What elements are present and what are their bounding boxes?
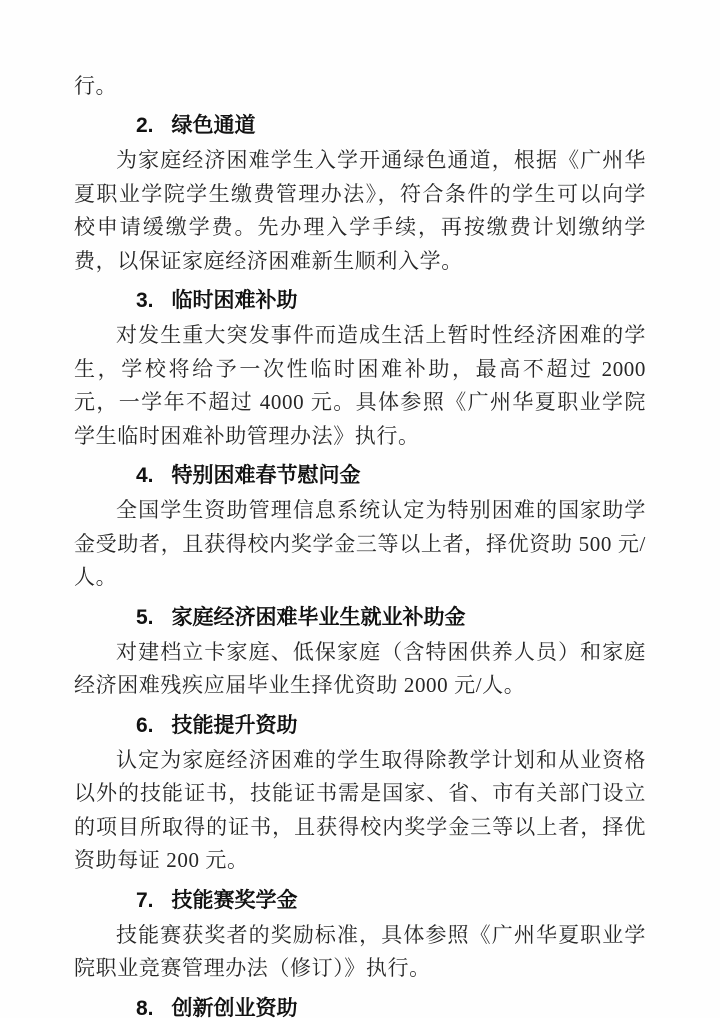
section-title: 绿色通道: [172, 114, 256, 137]
section-heading-innovation-entrepreneurship-grant: 8.创新创业资助: [74, 992, 646, 1018]
section-heading-green-channel: 2.绿色通道: [74, 109, 646, 142]
section-number: 2.: [136, 109, 154, 142]
section-paragraph: 为家庭经济困难学生入学开通绿色通道，根据《广州华夏职业学院学生缴费管理办法》，符…: [74, 144, 646, 278]
section-heading-skill-improvement-grant: 6.技能提升资助: [74, 709, 646, 742]
section-title: 特别困难春节慰问金: [172, 464, 361, 487]
section-heading-graduate-employment-subsidy: 5.家庭经济困难毕业生就业补助金: [74, 601, 646, 634]
section-paragraph: 技能赛获奖者的奖励标准，具体参照《广州华夏职业学院职业竞赛管理办法（修订）》执行…: [74, 919, 646, 986]
section-title: 技能赛奖学金: [172, 889, 298, 912]
section-paragraph: 认定为家庭经济困难的学生取得除教学计划和从业资格以外的技能证书，技能证书需是国家…: [74, 744, 646, 878]
section-title: 家庭经济困难毕业生就业补助金: [172, 606, 466, 629]
section-number: 4.: [136, 459, 154, 492]
document-page: 行。 2.绿色通道 为家庭经济困难学生入学开通绿色通道，根据《广州华夏职业学院学…: [0, 0, 720, 1018]
section-heading-spring-festival-grant: 4.特别困难春节慰问金: [74, 459, 646, 492]
section-paragraph: 对发生重大突发事件而造成生活上暂时性经济困难的学生，学校将给予一次性临时困难补助…: [74, 319, 646, 453]
section-heading-temporary-subsidy: 3.临时困难补助: [74, 284, 646, 317]
section-title: 技能提升资助: [172, 714, 298, 737]
section-number: 3.: [136, 284, 154, 317]
section-paragraph: 对建档立卡家庭、低保家庭（含特困供养人员）和家庭经济困难残疾应届毕业生择优资助 …: [74, 636, 646, 703]
paragraph-continuation: 行。: [74, 70, 646, 103]
section-number: 7.: [136, 884, 154, 917]
section-heading-skill-competition-scholarship: 7.技能赛奖学金: [74, 884, 646, 917]
section-title: 创新创业资助: [172, 997, 298, 1018]
section-paragraph: 全国学生资助管理信息系统认定为特别困难的国家助学金受助者，且获得校内奖学金三等以…: [74, 494, 646, 595]
section-number: 8.: [136, 992, 154, 1018]
section-number: 5.: [136, 601, 154, 634]
section-number: 6.: [136, 709, 154, 742]
section-title: 临时困难补助: [172, 289, 298, 312]
